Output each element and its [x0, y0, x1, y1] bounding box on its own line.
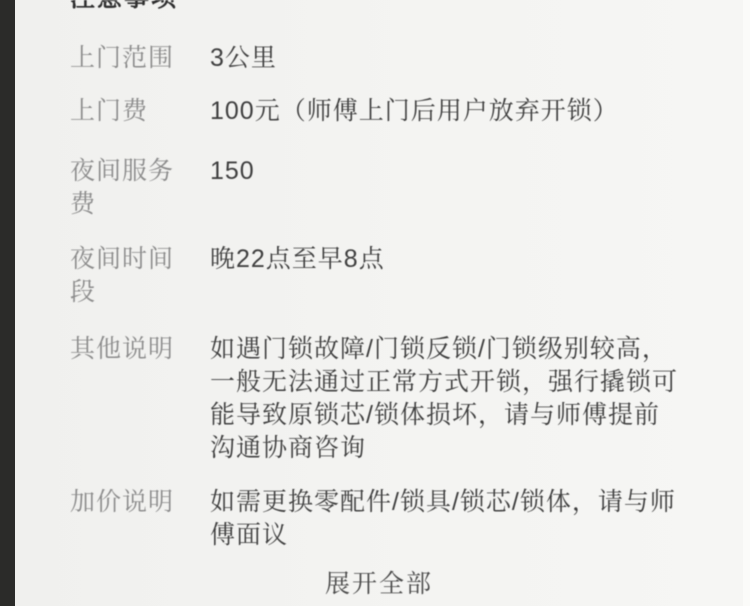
- service-notes-panel: 注意事项 上门范围 3公里 上门费 100元（师傅上门后用户放弃开锁） 夜间服务…: [0, 0, 750, 606]
- row-label: 夜间服务费: [70, 155, 182, 221]
- value-line: 沟通协商咨询: [210, 432, 730, 465]
- row-label: 上门费: [70, 95, 182, 128]
- value-line: 3公里: [210, 42, 730, 75]
- section-header: 注意事项: [70, 0, 470, 13]
- value-line: 傅面议: [210, 519, 730, 552]
- value-line: 晚22点至早8点: [210, 243, 730, 276]
- row-label: 加价说明: [70, 486, 182, 519]
- value-line: 一般无法通过正常方式开锁，强行撬锁可: [210, 366, 730, 399]
- row-label: 其他说明: [70, 333, 182, 366]
- row-value: 如需更换零配件/锁具/锁芯/锁体，请与师 傅面议: [210, 486, 730, 552]
- value-line: 150: [210, 155, 730, 188]
- expand-all-button[interactable]: 展开全部: [15, 568, 743, 600]
- row-value: 100元（师傅上门后用户放弃开锁）: [210, 95, 730, 128]
- value-line: 能导致原锁芯/锁体损坏，请与师傅提前: [210, 399, 730, 432]
- row-value: 如遇门锁故障/门锁反锁/门锁级别较高， 一般无法通过正常方式开锁，强行撬锁可 能…: [210, 333, 730, 465]
- value-line: 100元（师傅上门后用户放弃开锁）: [210, 95, 730, 128]
- section-header-title: 注意事项: [70, 0, 470, 12]
- value-line: 如需更换零配件/锁具/锁芯/锁体，请与师: [210, 486, 730, 519]
- value-line: 如遇门锁故障/门锁反锁/门锁级别较高，: [210, 333, 730, 366]
- row-value: 3公里: [210, 42, 730, 75]
- row-value: 晚22点至早8点: [210, 243, 730, 276]
- row-label: 夜间时间段: [70, 243, 182, 309]
- row-value: 150: [210, 155, 730, 188]
- row-label: 上门范围: [70, 42, 182, 75]
